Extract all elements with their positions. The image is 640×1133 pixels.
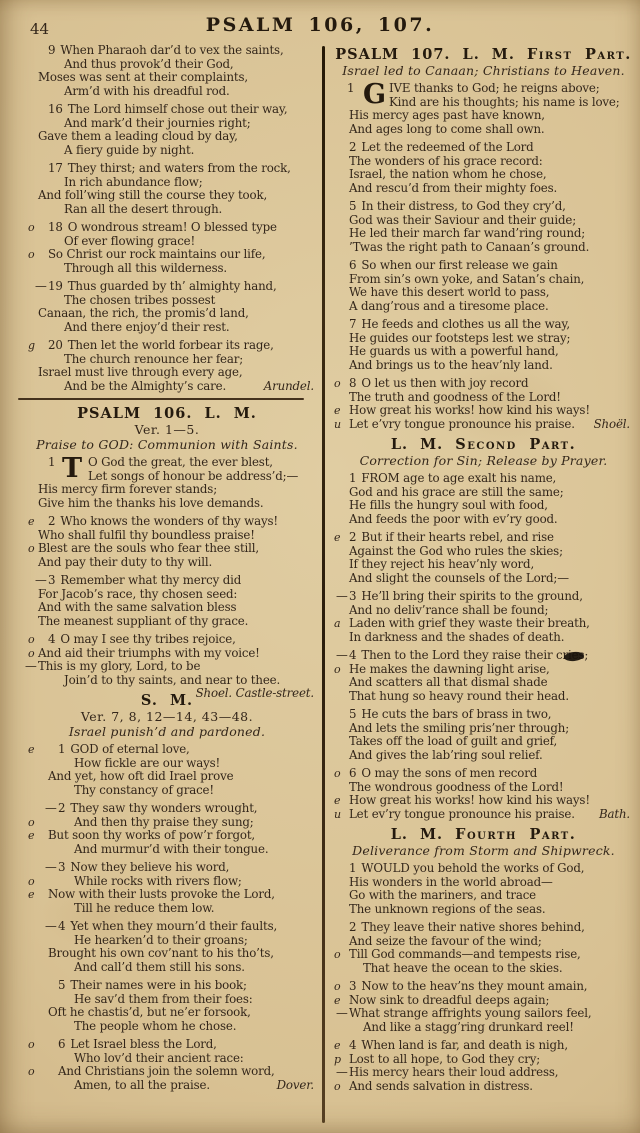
verse-text: God was their Saviour and their guide; [349, 213, 576, 227]
verse-text: If they reject his heav’nly word, [349, 557, 534, 571]
psalm-subtitle: Deliverance from Storm and Shipwreck. [333, 843, 634, 858]
margin-expression-mark: e [28, 515, 34, 529]
verse-text: But if their hearts rebel, and rise [361, 530, 553, 544]
verse-line: Ran all the desert through. [16, 203, 318, 217]
verse-line: —His mercy hears their loud address, [333, 1066, 634, 1080]
left-column: 9When Pharaoh dar’d to vex the saints,An… [16, 44, 318, 1129]
verse-line: And gives the lab’ring soul relief. [333, 749, 634, 763]
verse-line: Israel, the nation whom he chose, [333, 168, 634, 182]
verse-line: He hearken’d to their groans; [16, 934, 318, 948]
verse-line: —19Thus guarded by th’ almighty hand, [16, 280, 318, 294]
margin-expression-mark: e [334, 794, 340, 808]
verse-text: And rescu’d from their mighty foes. [349, 181, 557, 195]
margin-expression-mark: — [45, 861, 58, 875]
verse-text: O let us then with joy record [361, 376, 528, 390]
verse-line: He fills the hungry soul with food, [333, 499, 634, 513]
verse-line: o6Let Israel bless the Lord, [16, 1038, 318, 1052]
verse-text: The meanest suppliant of thy grace. [38, 614, 248, 628]
verse-line: eHow great his works! how kind his ways! [333, 794, 634, 808]
verse-text: And pay their duty to thy will. [38, 555, 212, 569]
verse-line: 5In their distress, to God they cry’d, [333, 200, 634, 214]
margin-expression-mark: — [336, 649, 349, 663]
heading-title-line: PSALM 106. L. M. [16, 405, 318, 422]
verse-text: The Lord himself chose out their way, [68, 102, 288, 116]
verse-line: In rich abundance flow; [16, 176, 318, 190]
verse-text: Thy constancy of grace! [74, 783, 214, 797]
verse-text: Amen, to all the praise. [74, 1078, 210, 1092]
heading-title-line: PSALM 107. L. M. First Part. [333, 46, 634, 63]
verse-text: O God the great, the ever blest, [88, 455, 273, 469]
verse-text: ’Twas the right path to Canaan’s ground. [349, 240, 589, 254]
verse-line: —4Then to the Lord they raise their crie… [333, 649, 634, 663]
right-column: PSALM 107. L. M. First Part.Israel led t… [333, 44, 634, 1129]
verse-line: His mercy ages past have known, [333, 109, 634, 123]
verse-text: Let ev’ry tongue pronounce his praise. [349, 807, 575, 821]
verse-line: 1WOULD you behold the works of God, [333, 862, 634, 876]
margin-expression-mark: — [35, 574, 48, 588]
heading-title-line: L. M. Fourth Part. [333, 826, 634, 843]
verse-number: 4 [58, 919, 65, 933]
verse-line: ’Twas the right path to Canaan’s ground. [333, 241, 634, 255]
verse-number: 3 [349, 589, 356, 603]
stanza: 2They leave their native shores behind,A… [333, 921, 634, 975]
verse-line: And scatters all that dismal shade [333, 676, 634, 690]
verse-number: 3 [58, 860, 65, 874]
verse-text: How fickle are our ways! [74, 756, 220, 770]
verse-text: Who lov’d their ancient race: [74, 1051, 244, 1065]
verse-line: Go with the mariners, and trace [333, 889, 634, 903]
verse-line: And murmur’d with their tongue. [16, 843, 318, 857]
tune-attribution: Shoël. [594, 418, 630, 432]
verse-number: 18 [48, 220, 63, 234]
verse-reference: Ver. 1—5. [16, 422, 318, 437]
verse-text: The church renounce her fear; [64, 352, 243, 366]
psalm-subtitle: Israel punish’d and pardoned. [16, 724, 318, 739]
verse-number: 2 [349, 530, 356, 544]
verse-text: And be the Almighty’s care. [64, 379, 226, 393]
verse-text: From sin’s own yoke, and Satan’s chain, [349, 272, 584, 286]
stanza: 2Let the redeemed of the LordThe wonders… [333, 141, 634, 195]
verse-line: uLet e’vry tongue pronounce his praise.S… [333, 418, 634, 432]
stanza: —4Then to the Lord they raise their crie… [333, 649, 634, 703]
verse-text: Who knows the wonders of thy ways! [60, 514, 278, 528]
margin-expression-mark: o [28, 542, 34, 556]
verse-text: For Jacob’s race, thy chosen seed: [38, 587, 237, 601]
stanza: 17They thirst; and waters from the rock,… [16, 162, 318, 216]
margin-expression-mark: e [334, 1039, 340, 1053]
verse-text: And scatters all that dismal shade [349, 675, 547, 689]
verse-text: And then thy praise they sung; [74, 815, 254, 829]
verse-line: Arm’d with his dreadful rod. [16, 85, 318, 99]
verse-number: 1 [349, 471, 356, 485]
verse-text: Let Israel bless the Lord, [70, 1037, 216, 1051]
verse-text: And aid their triumphs with my voice! [38, 646, 260, 660]
text-columns: 9When Pharaoh dar’d to vex the saints,An… [16, 44, 634, 1129]
verse-line: oTill God commands—and tempests rise, [333, 948, 634, 962]
page-title: PSALM 106, 107. [0, 14, 640, 36]
verse-text: And call’d them still his sons. [74, 960, 245, 974]
verse-number: 3 [48, 573, 55, 587]
verse-text: Their names were in his book; [70, 978, 247, 992]
verse-line: That hung so heavy round their head. [333, 690, 634, 704]
verse-line: 17They thirst; and waters from the rock, [16, 162, 318, 176]
heading-title: PSALM 107. L. M. [335, 46, 515, 63]
margin-expression-mark: o [28, 221, 34, 235]
verse-line: And brings us to the heav’nly land. [333, 359, 634, 373]
stanza: o6Let Israel bless the Lord,Who lov’d th… [16, 1038, 318, 1092]
verse-text: Let songs of honour be address’d;— [88, 469, 298, 483]
verse-line: eBut soon thy works of pow’r forgot, [16, 829, 318, 843]
heading-title: S. M. [141, 692, 193, 709]
margin-expression-mark: e [28, 888, 34, 902]
column-divider [322, 46, 325, 1123]
verse-line: Thy constancy of grace! [16, 784, 318, 798]
verse-line: He sav’d them from their foes: [16, 993, 318, 1007]
verse-line: And feeds the poor with ev’ry good. [333, 513, 634, 527]
verse-line: —2They saw thy wonders wrought, [16, 802, 318, 816]
verse-text: Canaan, the rich, the promis’d land, [38, 306, 249, 320]
verse-number: 5 [349, 199, 356, 213]
verse-number: 1 [349, 861, 356, 875]
stanza: 5He cuts the bars of brass in two,And le… [333, 708, 634, 762]
stanza: 9When Pharaoh dar’d to vex the saints,An… [16, 44, 318, 98]
verse-line: In darkness and the shades of death. [333, 631, 634, 645]
verse-line: A fiery guide by night. [16, 144, 318, 158]
stanza: —3Remember what thy mercy didFor Jacob’s… [16, 574, 318, 628]
psalm-heading: L. M. Second Part.Correction for Sin; Re… [333, 436, 634, 468]
verse-line: And be the Almighty’s care.Arundel. [16, 380, 318, 394]
verse-text: Moses was sent at their complaints, [38, 70, 248, 84]
psalm-heading: PSALM 106. L. M.Ver. 1—5.Praise to GOD: … [16, 405, 318, 452]
verse-line: Takes off the load of guilt and grief, [333, 735, 634, 749]
stanza: 7He feeds and clothes us all the way,He … [333, 318, 634, 372]
margin-expression-mark: o [28, 1038, 34, 1052]
stanza: —4Yet when they mourn’d their faults,He … [16, 920, 318, 974]
verse-line: And lets the smiling pris’ner through; [333, 722, 634, 736]
verse-text: And slight the counsels of the Lord;— [349, 571, 569, 585]
margin-expression-mark: e [334, 404, 340, 418]
verse-text: A dang’rous and a tiresome place. [349, 299, 549, 313]
verse-line: Canaan, the rich, the promis’d land, [16, 307, 318, 321]
margin-expression-mark: — [336, 1066, 349, 1080]
verse-line: —This is my glory, Lord, to be [16, 660, 318, 674]
verse-text: He guides our footsteps lest we stray; [349, 331, 570, 345]
verse-text: And Christians join the solemn word, [58, 1064, 275, 1078]
verse-text: Israel, the nation whom he chose, [349, 167, 547, 181]
verse-line: His wonders in the world abroad— [333, 876, 634, 890]
verse-line: Kind are his thoughts; his name is love; [333, 96, 634, 110]
margin-expression-mark: — [45, 802, 58, 816]
verse-line: 1O God the great, the ever blest, [16, 456, 318, 470]
tune-attribution: Shoel. Castle-street. [196, 687, 314, 701]
verse-text: He sav’d them from their foes: [74, 992, 253, 1006]
verse-line: The church renounce her fear; [16, 353, 318, 367]
verse-line: For Jacob’s race, thy chosen seed: [16, 588, 318, 602]
verse-line: Give him the thanks his love demands. [16, 497, 318, 511]
verse-line: oAnd then thy praise they sung; [16, 816, 318, 830]
verse-text: Now they believe his word, [70, 860, 229, 874]
stanza: e2But if their hearts rebel, and riseAga… [333, 531, 634, 585]
verse-text: Give him the thanks his love demands. [38, 496, 264, 510]
verse-text: A fiery guide by night. [64, 143, 194, 157]
verse-line: —4Yet when they mourn’d their faults, [16, 920, 318, 934]
verse-line: And pay their duty to thy will. [16, 556, 318, 570]
stanza: —2They saw thy wonders wrought,oAnd then… [16, 802, 318, 856]
verse-line: Amen, to all the praise.Dover. [16, 1079, 318, 1093]
verse-line: Of ever flowing grace! [16, 235, 318, 249]
verse-text: The truth and goodness of the Lord! [349, 390, 561, 404]
margin-expression-mark: e [334, 994, 340, 1008]
verse-line: o6O may the sons of men record [333, 767, 634, 781]
tune-attribution: Dover. [277, 1079, 314, 1093]
verse-text: In darkness and the shades of death. [349, 630, 564, 644]
tune-attribution: Bath. [599, 808, 630, 822]
verse-text: The wonders of his grace record: [349, 154, 543, 168]
verse-line: And slight the counsels of the Lord;— [333, 572, 634, 586]
verse-text: And seize the favour of the wind; [349, 934, 542, 948]
stanza: G1IVE thanks to God; he reigns above;Kin… [333, 82, 634, 136]
verse-line: Till he reduce them low. [16, 902, 318, 916]
verse-line: From sin’s own yoke, and Satan’s chain, [333, 273, 634, 287]
verse-text: But soon thy works of pow’r forgot, [48, 828, 255, 842]
verse-line: 2They leave their native shores behind, [333, 921, 634, 935]
stanza: —19Thus guarded by th’ almighty hand,The… [16, 280, 318, 334]
verse-text: IVE thanks to God; he reigns above; [389, 81, 600, 95]
margin-expression-mark: o [28, 647, 34, 661]
verse-line: And seize the favour of the wind; [333, 935, 634, 949]
verse-text: So when our first release we gain [361, 258, 557, 272]
stanza: —3Now they believe his word,oWhile rocks… [16, 861, 318, 915]
verse-text: Now to the heav’ns they mount amain, [361, 979, 587, 993]
verse-text: And yet, how oft did Irael prove [48, 769, 233, 783]
verse-text: His mercy firm forever stands; [38, 482, 217, 496]
verse-line: oAnd Christians join the solemn word, [16, 1065, 318, 1079]
verse-line: That heave the ocean to the skies. [333, 962, 634, 976]
verse-number: 2 [349, 140, 356, 154]
verse-line: The chosen tribes possest [16, 294, 318, 308]
verse-line: Let songs of honour be address’d;— [16, 470, 318, 484]
verse-text: Then to the Lord they raise their cries; [361, 648, 588, 662]
verse-text: Oft he chastis’d, but ne’er forsook, [48, 1005, 251, 1019]
stanza: —3He’ll bring their spirits to the groun… [333, 590, 634, 644]
verse-line: oAnd aid their triumphs with my voice! [16, 647, 318, 661]
verse-text: Till God commands—and tempests rise, [349, 947, 581, 961]
verse-line: Who shall fulfil thy boundless praise! [16, 529, 318, 543]
verse-text: How great his works! how kind his ways! [349, 403, 590, 417]
verse-number: 9 [48, 43, 55, 57]
verse-line: o8O let us then with joy record [333, 377, 634, 391]
verse-line: The people whom he chose. [16, 1020, 318, 1034]
verse-text: What strange affrights young sailors fee… [349, 1006, 591, 1020]
verse-line: And there enjoy’d their rest. [16, 321, 318, 335]
page-number: 44 [30, 20, 49, 38]
verse-text: He makes the dawning light arise, [349, 662, 550, 676]
verse-text: Yet when they mourn’d their faults, [70, 919, 277, 933]
verse-line: The unknown regions of the seas. [333, 903, 634, 917]
verse-number: 5 [58, 978, 65, 992]
verse-line: If they reject his heav’nly word, [333, 558, 634, 572]
verse-line: o18O wondrous stream! O blessed type [16, 221, 318, 235]
verse-line: oAnd sends salvation in distress. [333, 1080, 634, 1094]
stanza: 6So when our first release we gainFrom s… [333, 259, 634, 313]
psalm-heading: PSALM 107. L. M. First Part.Israel led t… [333, 46, 634, 78]
margin-expression-mark: o [334, 948, 340, 962]
verse-line: 1FROM age to age exalt his name, [333, 472, 634, 486]
verse-text: Takes off the load of guilt and grief, [349, 734, 557, 748]
verse-text: Let the redeemed of the Lord [361, 140, 533, 154]
heading-part-label: Fourth Part. [455, 826, 576, 843]
verse-line: e4When land is far, and death is nigh, [333, 1039, 634, 1053]
stanza: o4O may I see thy tribes rejoice,oAnd ai… [16, 633, 318, 687]
verse-text: And murmur’d with their tongue. [74, 842, 268, 856]
verse-number: 2 [58, 801, 65, 815]
verse-text: And sends salvation in distress. [349, 1079, 533, 1093]
verse-text: WOULD you behold the works of God, [361, 861, 584, 875]
verse-number: 7 [349, 317, 356, 331]
verse-text: Through all this wilderness. [64, 261, 227, 275]
verse-text: Now sink to dreadful deeps again; [349, 993, 549, 1007]
verse-number: 4 [349, 648, 356, 662]
verse-line: e2But if their hearts rebel, and rise [333, 531, 634, 545]
margin-expression-mark: o [334, 767, 340, 781]
verse-line: uLet ev’ry tongue pronounce his praise.B… [333, 808, 634, 822]
verse-line: 9When Pharaoh dar’d to vex the saints, [16, 44, 318, 58]
verse-text: He hearken’d to their groans; [74, 933, 248, 947]
verse-text: Blest are the souls who fear thee still, [38, 541, 259, 555]
verse-text: That hung so heavy round their head. [349, 689, 569, 703]
verse-text: This is my glory, Lord, to be [38, 659, 200, 673]
verse-line: oWhile rocks with rivers flow; [16, 875, 318, 889]
verse-number: 2 [48, 514, 55, 528]
margin-expression-mark: e [28, 829, 34, 843]
verse-text: Laden with grief they waste their breath… [349, 616, 590, 630]
verse-text: FROM age to age exalt his name, [361, 471, 556, 485]
verse-text: Arm’d with his dreadful rod. [64, 84, 230, 98]
verse-line: A dang’rous and a tiresome place. [333, 300, 634, 314]
verse-text: In rich abundance flow; [64, 175, 203, 189]
verse-text: Lost to all hope, to God they cry; [349, 1052, 540, 1066]
verse-text: His mercy hears their loud address, [349, 1065, 558, 1079]
verse-line: eHow great his works! how kind his ways! [333, 404, 634, 418]
book-page: 44 PSALM 106, 107. 9When Pharaoh dar’d t… [0, 0, 640, 1133]
verse-text: Then let the world forbear its rage, [68, 338, 274, 352]
verse-number: 8 [349, 376, 356, 390]
verse-text: He led their march far wand’ring round; [349, 226, 585, 240]
verse-line: g20Then let the world forbear its rage, [16, 339, 318, 353]
verse-line: Israel must live through every age, [16, 366, 318, 380]
verse-number: 2 [349, 920, 356, 934]
verse-text: GOD of eternal love, [70, 742, 189, 756]
margin-expression-mark: — [336, 1007, 349, 1021]
verse-text: The chosen tribes possest [64, 293, 215, 307]
verse-text: And ages long to come shall own. [349, 122, 545, 136]
heading-title-line: L. M. Second Part. [333, 436, 634, 453]
verse-number: 4 [349, 1038, 356, 1052]
verse-text: He guards us with a powerful hand, [349, 344, 559, 358]
psalm-subtitle: Praise to GOD: Communion with Saints. [16, 437, 318, 452]
verse-number: 4 [48, 632, 55, 646]
stanza: 16The Lord himself chose out their way,A… [16, 103, 318, 157]
verse-line: eNow sink to dreadful deeps again; [333, 994, 634, 1008]
verse-text: O wondrous stream! O blessed type [68, 220, 277, 234]
verse-reference: Ver. 7, 8, 12—14, 43—48. [16, 709, 318, 724]
verse-line: pLost to all hope, to God they cry; [333, 1053, 634, 1067]
stanza: e4When land is far, and death is nigh,pL… [333, 1039, 634, 1093]
verse-line: And mark’d their journies right; [16, 117, 318, 131]
verse-line: —What strange affrights young sailors fe… [333, 1007, 634, 1021]
verse-text: He cuts the bars of brass in two, [361, 707, 551, 721]
verse-line: 6So when our first release we gain [333, 259, 634, 273]
verse-number: 1 [347, 82, 354, 96]
stanza: o8O let us then with joy recordThe truth… [333, 377, 634, 431]
stanza: 1WOULD you behold the works of God,His w… [333, 862, 634, 916]
section-divider [18, 398, 304, 400]
verse-text: Against the God who rules the skies; [349, 544, 563, 558]
verse-line: oHe makes the dawning light arise, [333, 663, 634, 677]
verse-text: And like a stagg’ring drunkard reel! [363, 1020, 574, 1034]
verse-line: And ages long to come shall own. [333, 123, 634, 137]
psalm-heading: L. M. Fourth Part.Deliverance from Storm… [333, 826, 634, 858]
verse-text: And thus provok’d their God, [64, 57, 234, 71]
verse-text: Kind are his thoughts; his name is love; [389, 95, 620, 109]
verse-line: He guards us with a powerful hand, [333, 345, 634, 359]
verse-text: And brings us to the heav’nly land. [349, 358, 553, 372]
stanza: 1FROM age to age exalt his name,God and … [333, 472, 634, 526]
verse-line: 2Let the redeemed of the Lord [333, 141, 634, 155]
verse-text: Let e’vry tongue pronounce his praise. [349, 417, 575, 431]
verse-text: When land is far, and death is nigh, [361, 1038, 568, 1052]
verse-text: How great his works! how kind his ways! [349, 793, 590, 807]
tune-attribution: Arundel. [264, 380, 314, 394]
verse-text: And foll’wing still the course they took… [38, 188, 267, 202]
margin-expression-mark: o [28, 248, 34, 262]
margin-expression-mark: o [334, 1080, 340, 1094]
margin-expression-mark: e [334, 531, 340, 545]
verse-number: 6 [58, 1037, 65, 1051]
margin-expression-mark: u [334, 808, 341, 822]
verse-text: Thus guarded by th’ almighty hand, [68, 279, 277, 293]
verse-line: 1IVE thanks to God; he reigns above; [333, 82, 634, 96]
verse-line: And with the same salvation bless [16, 601, 318, 615]
stanza: o6O may the sons of men recordThe wondro… [333, 767, 634, 821]
verse-text: The unknown regions of the seas. [349, 902, 546, 916]
verse-line: He guides our footsteps lest we stray; [333, 332, 634, 346]
verse-line: And call’d them still his sons. [16, 961, 318, 975]
verse-line: e1GOD of eternal love, [16, 743, 318, 757]
verse-line: o4O may I see thy tribes rejoice, [16, 633, 318, 647]
verse-line: Moses was sent at their complaints, [16, 71, 318, 85]
verse-text: Israel must live through every age, [38, 365, 243, 379]
stanza: T1O God the great, the ever blest,Let so… [16, 456, 318, 510]
verse-line: His mercy firm forever stands; [16, 483, 318, 497]
margin-expression-mark: — [35, 280, 48, 294]
verse-text: Join’d to thy saints, and near to thee. [64, 673, 280, 687]
verse-number: 1 [48, 456, 55, 470]
margin-expression-mark: o [334, 377, 340, 391]
verse-line: e2Who knows the wonders of thy ways! [16, 515, 318, 529]
margin-expression-mark: — [25, 660, 38, 674]
verse-text: God and his grace are still the same; [349, 485, 564, 499]
verse-text: They thirst; and waters from the rock, [68, 161, 291, 175]
verse-number: 1 [58, 742, 65, 756]
margin-expression-mark: e [28, 743, 34, 757]
heading-title: L. M. [391, 826, 443, 843]
verse-number: 17 [48, 161, 63, 175]
verse-number: 19 [48, 279, 63, 293]
verse-line: Through all this wilderness. [16, 262, 318, 276]
stanza: o3Now to the heav’ns they mount amain,eN… [333, 980, 634, 1034]
verse-text: Who shall fulfil thy boundless praise! [38, 528, 255, 542]
